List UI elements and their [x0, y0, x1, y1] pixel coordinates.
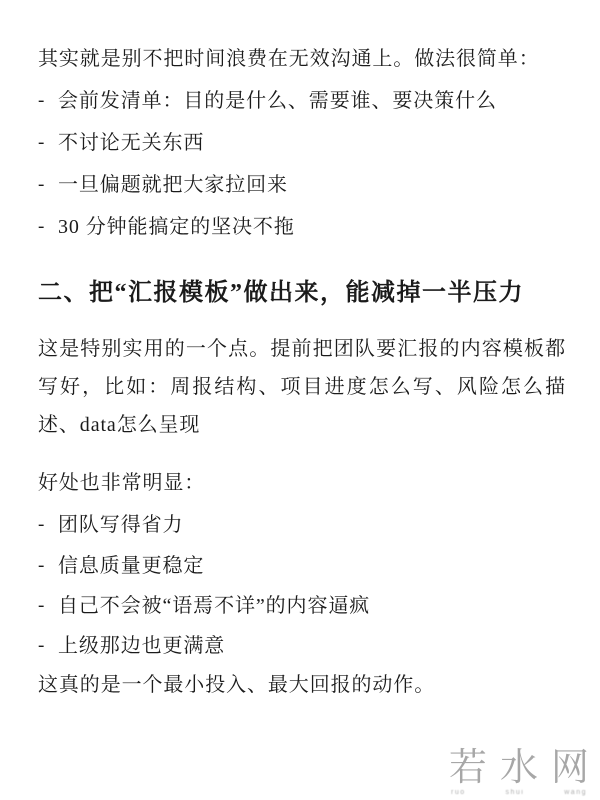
bullet-dash: - — [38, 593, 58, 619]
meeting-rule-item: - 30 分钟能搞定的坚决不拖 — [38, 214, 566, 240]
intro-paragraph: 其实就是别不把时间浪费在无效沟通上。做法很简单： — [38, 46, 566, 72]
watermark-subtext: ruo shui wang — [448, 789, 590, 796]
bullet-text: 一旦偏题就把大家拉回来 — [58, 172, 288, 198]
benefit-item: - 上级那边也更满意 — [38, 633, 566, 659]
watermark: 若水网 ruo shui wang — [448, 748, 590, 796]
bullet-dash: - — [38, 214, 58, 240]
bullet-text: 自己不会被“语焉不详”的内容逼疯 — [58, 593, 370, 619]
meeting-rule-item: - 会前发清单：目的是什么、需要谁、要决策什么 — [38, 88, 566, 114]
watermark-sub-word: shui — [506, 789, 525, 796]
closing-paragraph: 这真的是一个最小投入、最大回报的动作。 — [38, 672, 566, 698]
watermark-sub-word: ruo — [451, 789, 466, 796]
benefit-item: - 自己不会被“语焉不详”的内容逼疯 — [38, 593, 566, 619]
watermark-sub-word: wang — [564, 789, 587, 796]
meeting-rule-item: - 一旦偏题就把大家拉回来 — [38, 172, 566, 198]
watermark-text: 若水网 — [448, 748, 600, 788]
meeting-rule-item: - 不讨论无关东西 — [38, 130, 566, 156]
bullet-dash: - — [38, 633, 58, 659]
bullet-text: 信息质量更稳定 — [58, 553, 204, 579]
bullet-dash: - — [38, 512, 58, 538]
bullet-text: 30 分钟能搞定的坚决不拖 — [58, 214, 295, 240]
benefits-lead: 好处也非常明显： — [38, 470, 566, 496]
benefit-item: - 信息质量更稳定 — [38, 553, 566, 579]
bullet-dash: - — [38, 88, 58, 114]
benefit-item: - 团队写得省力 — [38, 512, 566, 538]
bullet-dash: - — [38, 130, 58, 156]
article-page: 其实就是别不把时间浪费在无效沟通上。做法很简单： - 会前发清单：目的是什么、需… — [0, 0, 600, 800]
bullet-text: 会前发清单：目的是什么、需要谁、要决策什么 — [58, 88, 497, 114]
bullet-text: 上级那边也更满意 — [58, 633, 225, 659]
bullet-text: 团队写得省力 — [58, 512, 183, 538]
section-body-paragraph: 这是特别实用的一个点。提前把团队要汇报的内容模板都写好，比如：周报结构、项目进度… — [38, 330, 566, 444]
bullet-dash: - — [38, 172, 58, 198]
bullet-dash: - — [38, 553, 58, 579]
bullet-text: 不讨论无关东西 — [58, 130, 204, 156]
section-title: 二、把“汇报模板”做出来，能减掉一半压力 — [38, 278, 566, 308]
